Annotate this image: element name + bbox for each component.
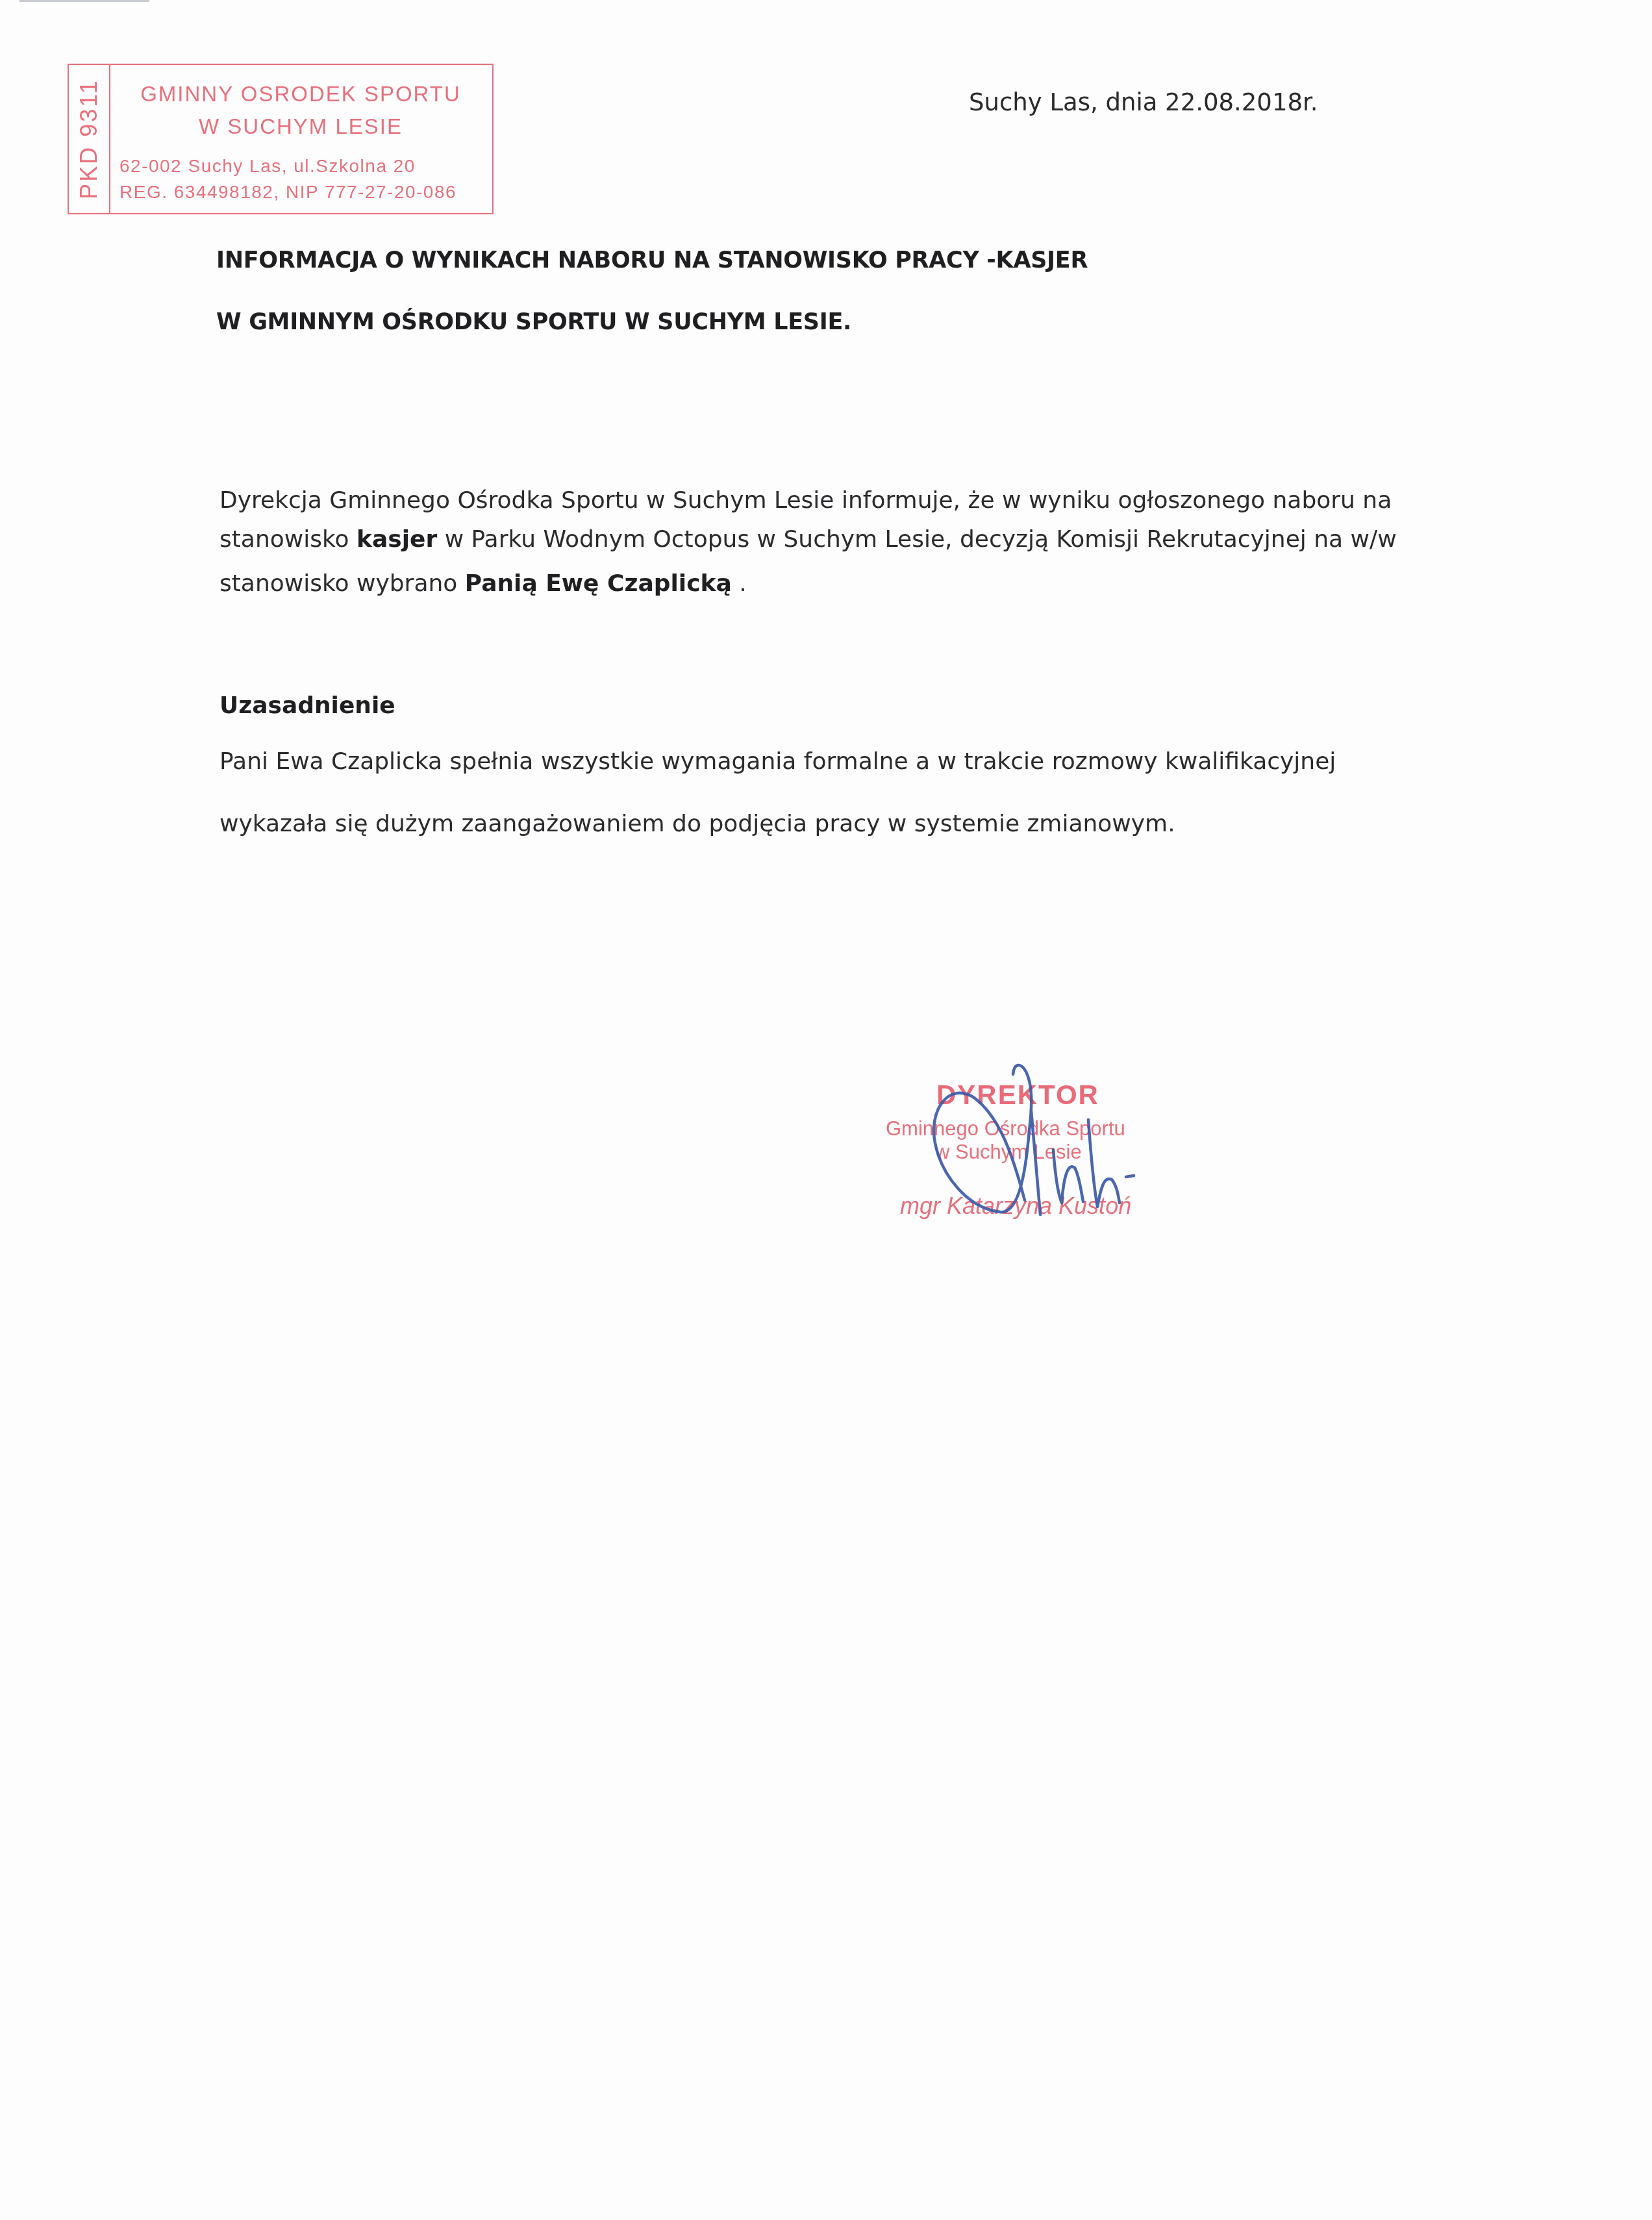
selected-candidate: Panią Ewę Czaplicką [465,570,732,597]
justification-heading: Uzasadnienie [219,692,395,719]
position-name: kasjer [357,526,437,553]
announcement-line-3-suffix: . [732,570,747,597]
announcement-line-3: stanowisko wybrano Panią Ewę Czaplicką . [219,570,1453,597]
stamp-org-line-1: GMINNY OSRODEK SPORTU [114,82,487,107]
announcement-line-2-prefix: stanowisko [219,526,357,553]
document-title-line-2: W GMINNYM OŚRODKU SPORTU W SUCHYM LESIE. [216,309,851,335]
justification-line-2: wykazała się dużym zaangażowaniem do pod… [219,811,1453,837]
stamp-body: GMINNY OSRODEK SPORTU W SUCHYM LESIE 62-… [114,65,487,213]
announcement-line-2-suffix: w Parku Wodnym Octopus w Suchym Lesie, d… [437,526,1396,553]
stamp-pkd-code: PKD 9311 [75,79,103,199]
stamp-side-panel: PKD 9311 [69,65,110,213]
announcement-line-1: Dyrekcja Gminnego Ośrodka Sportu w Suchy… [219,487,1453,514]
announcement-line-2: stanowisko kasjer w Parku Wodnym Octopus… [219,526,1453,553]
place-date: Suchy Las, dnia 22.08.2018r. [969,88,1318,116]
stamp-org-line-2: W SUCHYM LESIE [114,114,487,139]
stamp-address: 62-002 Suchy Las, ul.Szkolna 20 [119,156,487,177]
company-stamp: PKD 9311 GMINNY OSRODEK SPORTU W SUCHYM … [68,64,494,214]
justification-line-1: Pani Ewa Czaplicka spełnia wszystkie wym… [219,748,1453,775]
announcement-line-3-prefix: stanowisko wybrano [219,570,465,597]
director-signature-block: DYREKTOR Gminnego Ośrodka Sportu w Suchy… [870,1052,1169,1234]
handwritten-signature-icon [870,1052,1169,1234]
scan-edge-artifact [19,0,149,2]
stamp-registry: REG. 634498182, NIP 777-27-20-086 [119,182,487,203]
document-title-line-1: INFORMACJA O WYNIKACH NABORU NA STANOWIS… [216,247,1088,273]
